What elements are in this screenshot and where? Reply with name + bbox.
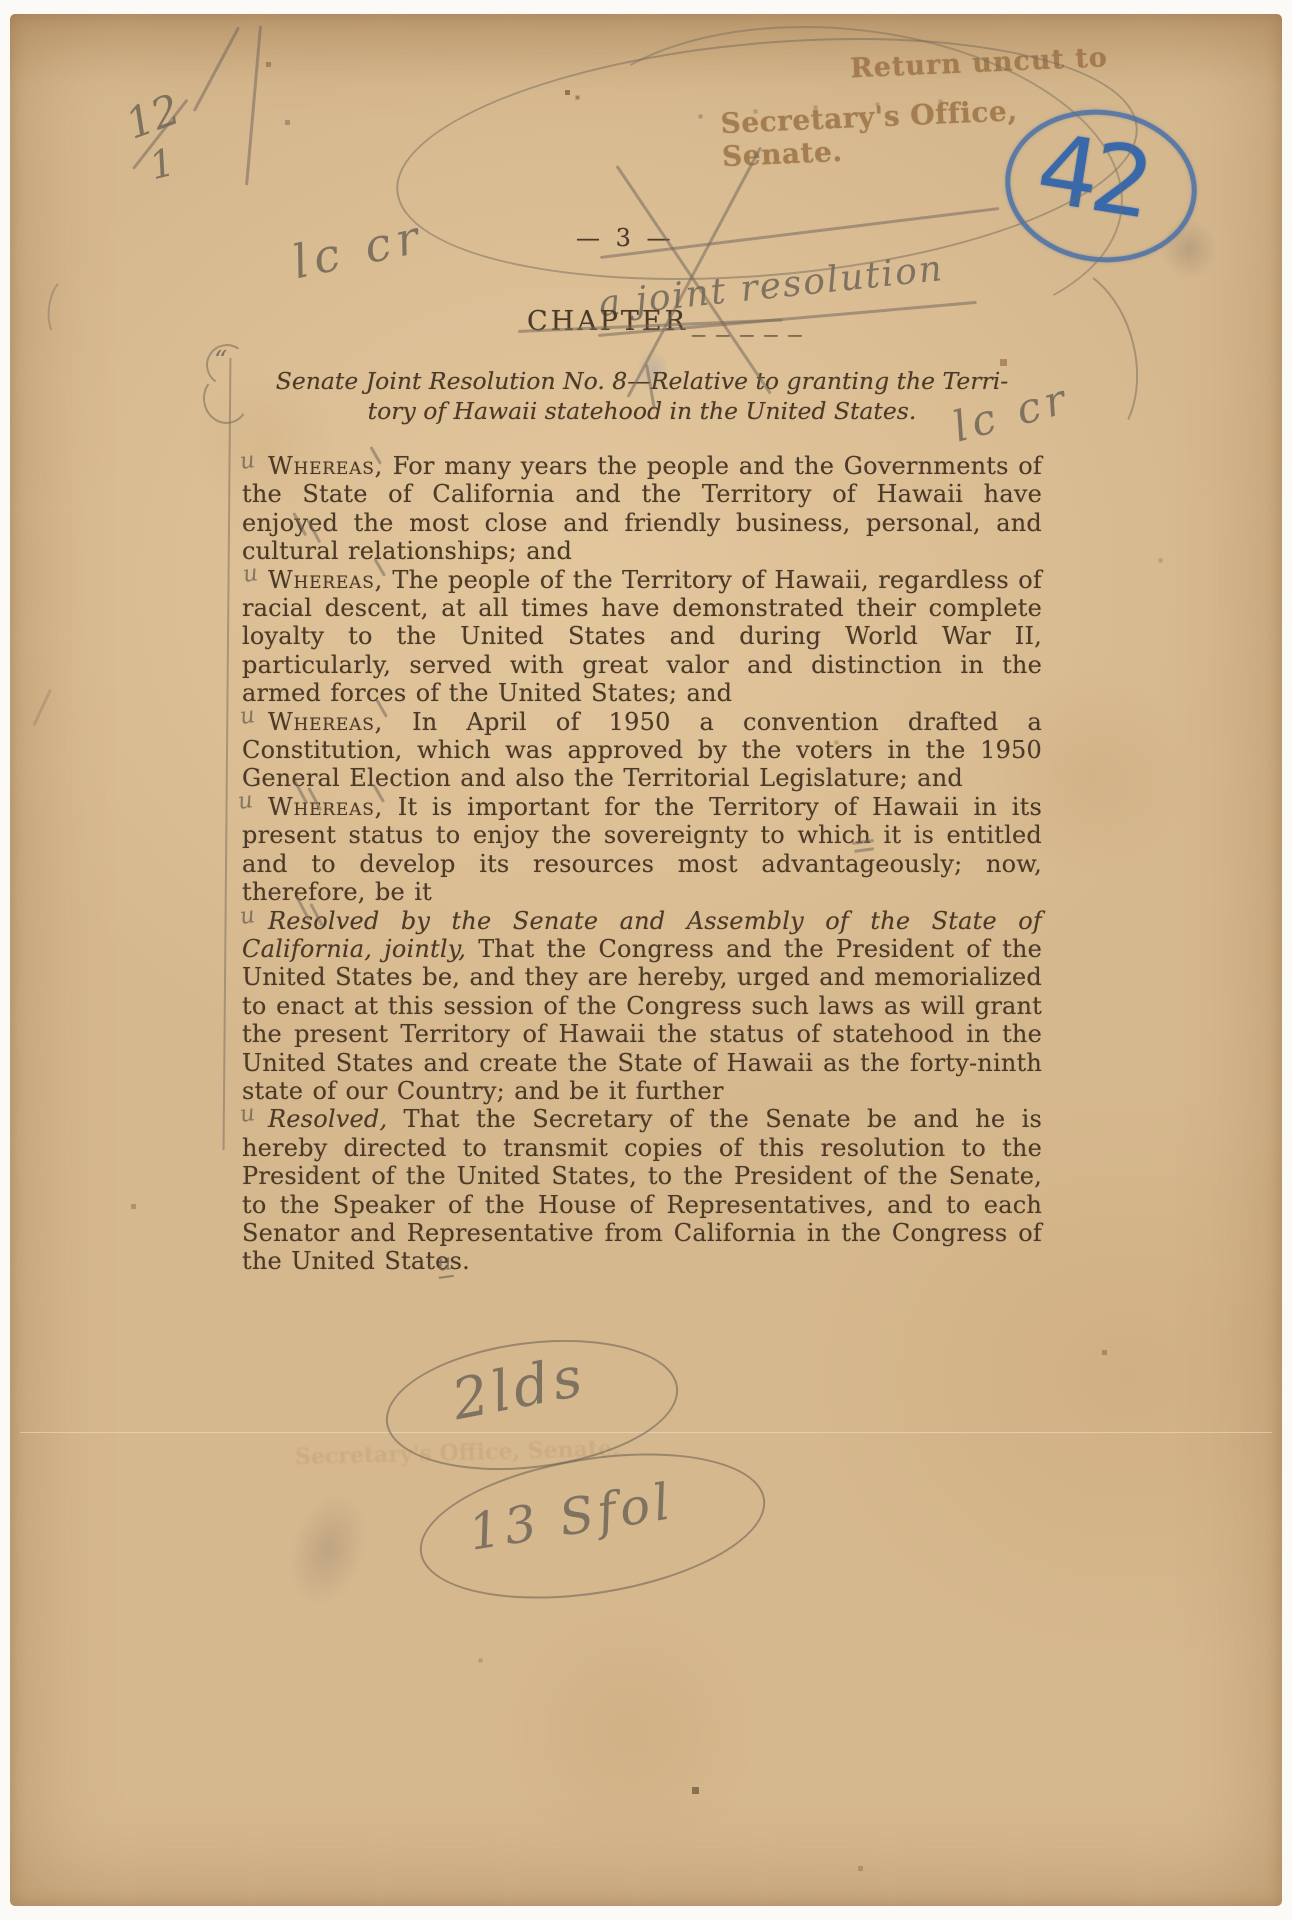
paragraph-segment: Whereas, [268, 793, 383, 821]
resolution-body: Whereas, For many years the people and t… [242, 452, 1042, 1276]
resolution-paragraph: Whereas, For many years the people and t… [242, 452, 1042, 566]
paragraph-segment: Whereas, [268, 566, 383, 594]
resolution-paragraph: Whereas, In April of 1950 a convention d… [242, 708, 1042, 793]
paragraph-segment: Resolved, [268, 1105, 387, 1133]
resolution-paragraph: Whereas, The people of the Territory of … [242, 566, 1042, 708]
paper-specks [0, 0, 1, 1]
paragraph-segment: Whereas, [268, 452, 383, 480]
resolution-title-line-2: tory of Hawaii statehood in the United S… [368, 397, 917, 425]
resolution-title: Senate Joint Resolution No. 8—Relative t… [242, 366, 1042, 426]
paragraph-segment: Whereas, [268, 708, 383, 736]
resolution-paragraph: Whereas, It is important for the Territo… [242, 793, 1042, 907]
resolution-paragraph: Resolved, That the Secretary of the Sena… [242, 1105, 1042, 1275]
pencil-quote-mark: “ [214, 346, 227, 376]
resolution-paragraph: Resolved by the Senate and Assembly of t… [242, 907, 1042, 1106]
document-scan: Return uncut to Secretary's Office, Sena… [0, 0, 1292, 1920]
